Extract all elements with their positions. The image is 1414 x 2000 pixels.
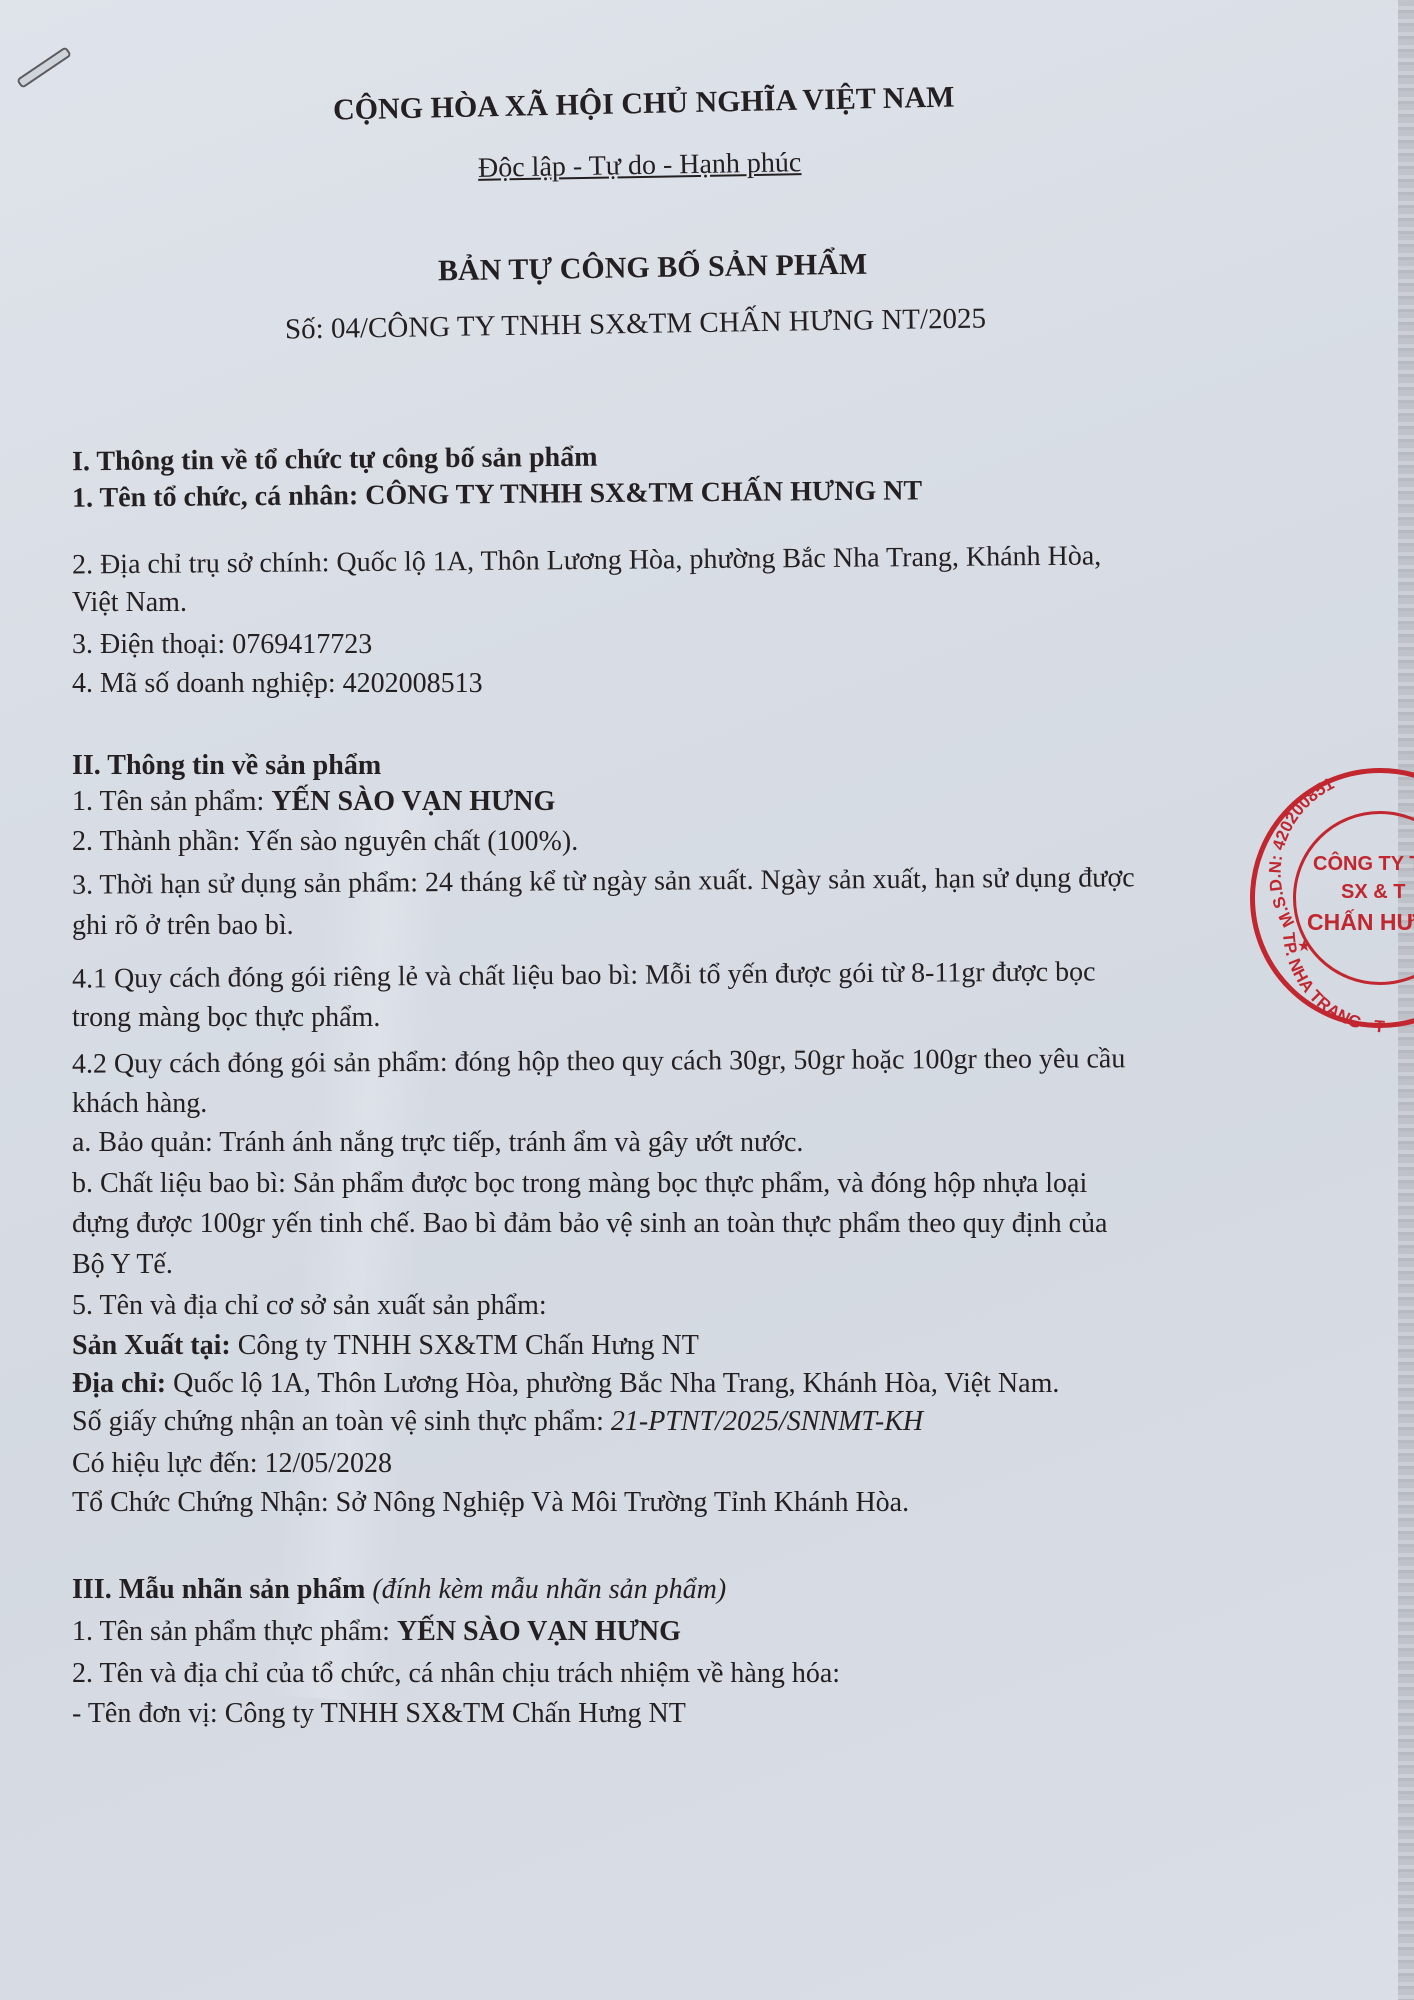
packaging-4-1-line1: 4.1 Quy cách đóng gói riêng lẻ và chất l… bbox=[72, 954, 1096, 997]
stamp-line-name: CHẤN HƯN bbox=[1307, 909, 1414, 936]
document-number: Số: 04/CÔNG TY TNHH SX&TM CHẤN HƯNG NT/2… bbox=[285, 300, 987, 347]
food-product-name-value: YẾN SÀO VẠN HƯNG bbox=[397, 1616, 681, 1647]
section-1-heading: I. Thông tin về tổ chức tự công bố sản p… bbox=[72, 440, 598, 481]
section-3-heading: III. Mẫu nhãn sản phẩm bbox=[72, 1574, 372, 1605]
paper-shadow bbox=[269, 797, 451, 1703]
made-at-row: Sản Xuất tại: Công ty TNHH SX&TM Chấn Hư… bbox=[72, 1328, 699, 1364]
phone-number: 3. Điện thoại: 0769417723 bbox=[72, 627, 372, 663]
company-seal-stamp: M.S.D.N: 420200851 TP. NHA TRANG - T ★ C… bbox=[1250, 768, 1414, 1028]
cert-valid-until: Có hiệu lực đến: 12/05/2028 bbox=[72, 1446, 392, 1482]
section-3-note: (đính kèm mẫu nhãn sản phẩm) bbox=[372, 1574, 726, 1605]
org-name-row: 1. Tên tổ chức, cá nhân: CÔNG TY TNHH SX… bbox=[72, 473, 922, 516]
svg-text:★: ★ bbox=[1297, 938, 1311, 955]
certifying-organization: Tổ Chức Chứng Nhận: Sở Nông Nghiệp Và Mô… bbox=[72, 1485, 909, 1521]
section-2-heading: II. Thông tin về sản phẩm bbox=[72, 748, 381, 784]
packaging-material-line2: đựng được 100gr yến tinh chế. Bao bì đảm… bbox=[72, 1206, 1107, 1242]
product-name-value: YẾN SÀO VẠN HƯNG bbox=[271, 786, 555, 817]
org-name-label: 1. Tên tổ chức, cá nhân: bbox=[72, 480, 365, 514]
product-name-row: 1. Tên sản phẩm: YẾN SÀO VẠN HƯNG bbox=[72, 784, 555, 820]
food-safety-cert-label: Số giấy chứng nhận an toàn vệ sinh thực … bbox=[72, 1406, 611, 1437]
document-page: CỘNG HÒA XÃ HỘI CHỦ NGHĨA VIỆT NAM Độc l… bbox=[0, 0, 1414, 2000]
food-product-name-label: 1. Tên sản phẩm thực phẩm: bbox=[72, 1616, 397, 1647]
shelf-life-line2: ghi rõ ở trên bao bì. bbox=[72, 908, 294, 944]
stamp-line-company: CÔNG TY T bbox=[1313, 853, 1414, 876]
packaging-material-line3: Bộ Y Tế. bbox=[72, 1247, 173, 1283]
responsible-organization: 2. Tên và địa chỉ của tổ chức, cá nhân c… bbox=[72, 1656, 840, 1692]
food-safety-cert-row: Số giấy chứng nhận an toàn vệ sinh thực … bbox=[72, 1404, 923, 1440]
headquarters-address-line1: 2. Địa chỉ trụ sở chính: Quốc lộ 1A, Thô… bbox=[72, 539, 1102, 584]
ingredients: 2. Thành phần: Yến sào nguyên chất (100%… bbox=[72, 824, 578, 860]
headquarters-address-line2: Việt Nam. bbox=[72, 585, 187, 621]
product-name-label: 1. Tên sản phẩm: bbox=[72, 786, 271, 817]
food-safety-cert-number: 21-PTNT/2025/SNNMT-KH bbox=[611, 1406, 923, 1437]
staple-mark bbox=[16, 46, 72, 89]
document-title: BẢN TỰ CÔNG BỐ SẢN PHẨM bbox=[438, 247, 868, 290]
country-heading: CỘNG HÒA XÃ HỘI CHỦ NGHĨA VIỆT NAM bbox=[333, 79, 955, 128]
motto: Độc lập - Tự do - Hạnh phúc bbox=[478, 145, 802, 187]
packaging-4-1-line2: trong màng bọc thực phẩm. bbox=[72, 1000, 380, 1036]
packaging-material-line1: b. Chất liệu bao bì: Sản phẩm được bọc t… bbox=[72, 1166, 1087, 1202]
svg-text:TP. NHA TRANG - T: TP. NHA TRANG - T bbox=[1279, 932, 1386, 1033]
made-at-value: Công ty TNHH SX&TM Chấn Hưng NT bbox=[238, 1330, 699, 1361]
food-product-name-row: 1. Tên sản phẩm thực phẩm: YẾN SÀO VẠN H… bbox=[72, 1614, 681, 1650]
unit-name: - Tên đơn vị: Công ty TNHH SX&TM Chấn Hư… bbox=[72, 1696, 686, 1732]
org-name-value: CÔNG TY TNHH SX&TM CHẤN HƯNG NT bbox=[365, 475, 922, 511]
stamp-line-sx-tm: SX & T bbox=[1341, 881, 1405, 904]
factory-address-label: Địa chỉ: bbox=[72, 1368, 173, 1399]
packaging-4-2-line2: khách hàng. bbox=[72, 1086, 207, 1122]
made-at-label: Sản Xuất tại: bbox=[72, 1330, 238, 1361]
manufacturer-heading: 5. Tên và địa chỉ cơ sở sản xuất sản phẩ… bbox=[72, 1288, 547, 1324]
business-code: 4. Mã số doanh nghiệp: 4202008513 bbox=[72, 666, 483, 702]
section-3-heading-row: III. Mẫu nhãn sản phẩm (đính kèm mẫu nhã… bbox=[72, 1572, 726, 1608]
factory-address-row: Địa chỉ: Quốc lộ 1A, Thôn Lương Hòa, phư… bbox=[72, 1366, 1059, 1402]
shelf-life-line1: 3. Thời hạn sử dụng sản phẩm: 24 tháng k… bbox=[72, 860, 1135, 903]
factory-address-value: Quốc lộ 1A, Thôn Lương Hòa, phường Bắc N… bbox=[173, 1368, 1059, 1399]
storage-instructions: a. Bảo quản: Tránh ánh nắng trực tiếp, t… bbox=[72, 1125, 803, 1161]
packaging-4-2-line1: 4.2 Quy cách đóng gói sản phẩm: đóng hộp… bbox=[72, 1041, 1125, 1083]
